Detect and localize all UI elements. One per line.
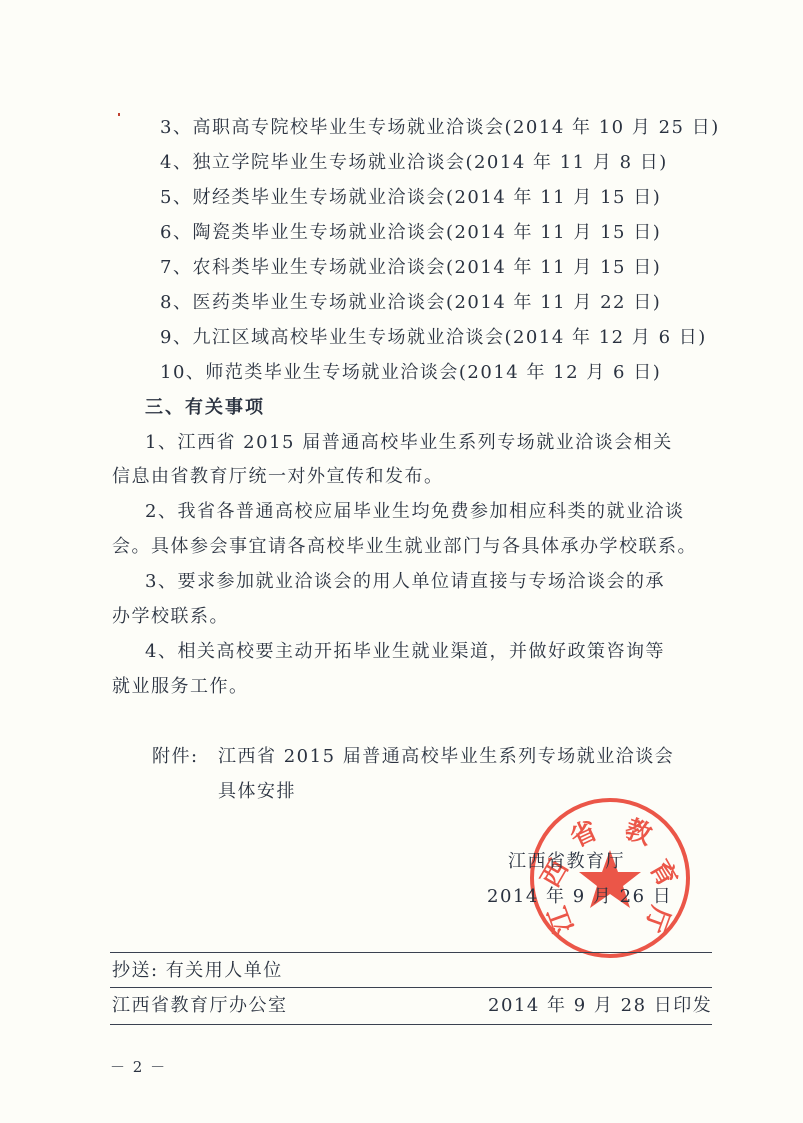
list-item: 9、九江区域高校毕业生专场就业洽谈会(2014 年 12 月 6 日) [160,327,707,349]
paragraph-line: 就业服务工作。 [112,676,249,698]
issuer: 江西省教育厅办公室 [112,995,288,1017]
official-seal: 省 教 育 厅 西 江 [530,798,690,958]
paragraph-line: 办学校联系。 [112,606,229,628]
section-heading: 三、有关事项 [145,397,265,419]
paragraph-line: 1、江西省 2015 届普通高校毕业生系列专场就业洽谈会相关 [145,432,673,454]
list-item: 8、医药类毕业生专场就业洽谈会(2014 年 11 月 22 日) [160,292,661,314]
paragraph-line: 会。具体参会事宜请各高校毕业生就业部门与各具体承办学校联系。 [112,536,697,558]
page-number: － 2 － [110,1056,167,1078]
paragraph-line: 3、要求参加就业洽谈会的用人单位请直接与专场洽谈会的承 [145,571,665,593]
attachment-title: 江西省 2015 届普通高校毕业生系列专场就业洽谈会 [218,746,674,768]
paragraph-line: 信息由省教育厅统一对外宣传和发布。 [112,466,444,488]
list-item: 5、财经类毕业生专场就业洽谈会(2014 年 11 月 15 日) [160,187,661,209]
signature-org: 江西省教育厅 [508,851,625,873]
scan-mark [118,113,120,116]
paragraph-line: 4、相关高校要主动开拓毕业生就业渠道，并做好政策咨询等 [145,641,665,663]
paragraph-line: 2、我省各普通高校应届毕业生均免费参加相应科类的就业洽谈 [145,501,684,523]
attachment-title-cont: 具体安排 [218,781,296,803]
signature-date: 2014 年 9 月 26 日 [487,886,672,908]
divider [110,952,712,953]
list-item: 10、师范类毕业生专场就业洽谈会(2014 年 12 月 6 日) [160,362,661,384]
list-item: 6、陶瓷类毕业生专场就业洽谈会(2014 年 11 月 15 日) [160,222,661,244]
list-item: 7、农科类毕业生专场就业洽谈会(2014 年 11 月 15 日) [160,257,661,279]
attachment-label: 附件: [152,746,199,768]
list-item: 3、高职高专院校毕业生专场就业洽谈会(2014 年 10 月 25 日) [160,117,720,139]
divider [110,1024,712,1025]
print-date: 2014 年 9 月 28 日印发 [488,995,712,1017]
cc-line: 抄送: 有关用人单位 [112,960,283,982]
divider [110,987,712,988]
list-item: 4、独立学院毕业生专场就业洽谈会(2014 年 11 月 8 日) [160,152,668,174]
